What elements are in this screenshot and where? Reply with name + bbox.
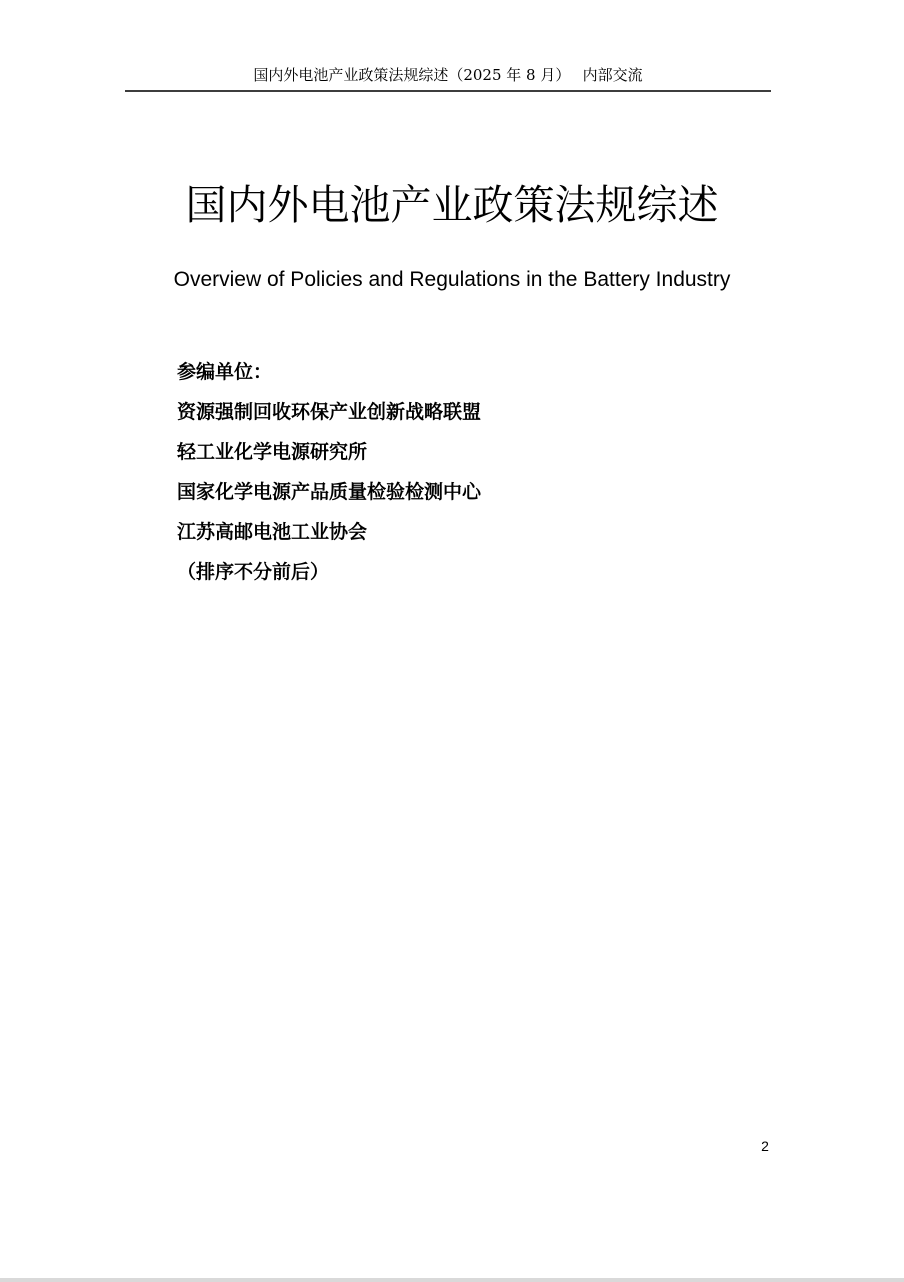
credits-organization: 国家化学电源产品质量检验检测中心 bbox=[177, 472, 481, 512]
page-bottom-edge bbox=[0, 1278, 904, 1282]
page-header: 国内外电池产业政策法规综述（2025 年 8 月） 内部交流 bbox=[125, 66, 771, 92]
document-subtitle-en: Overview of Policies and Regulations in … bbox=[0, 266, 904, 293]
document-title: 国内外电池产业政策法规综述 bbox=[0, 181, 904, 229]
credits-block: 参编单位： 资源强制回收环保产业创新战略联盟 轻工业化学电源研究所 国家化学电源… bbox=[177, 352, 481, 592]
credits-label: 参编单位： bbox=[177, 352, 481, 392]
header-text: 国内外电池产业政策法规综述（2025 年 8 月） 内部交流 bbox=[253, 66, 642, 84]
credits-organization: 轻工业化学电源研究所 bbox=[177, 432, 481, 472]
document-page: 国内外电池产业政策法规综述（2025 年 8 月） 内部交流 国内外电池产业政策… bbox=[0, 0, 904, 1282]
page-number: 2 bbox=[745, 1136, 785, 1156]
credits-organization: 资源强制回收环保产业创新战略联盟 bbox=[177, 392, 481, 432]
credits-organization: 江苏高邮电池工业协会 bbox=[177, 512, 481, 552]
credits-note: （排序不分前后） bbox=[177, 552, 481, 592]
